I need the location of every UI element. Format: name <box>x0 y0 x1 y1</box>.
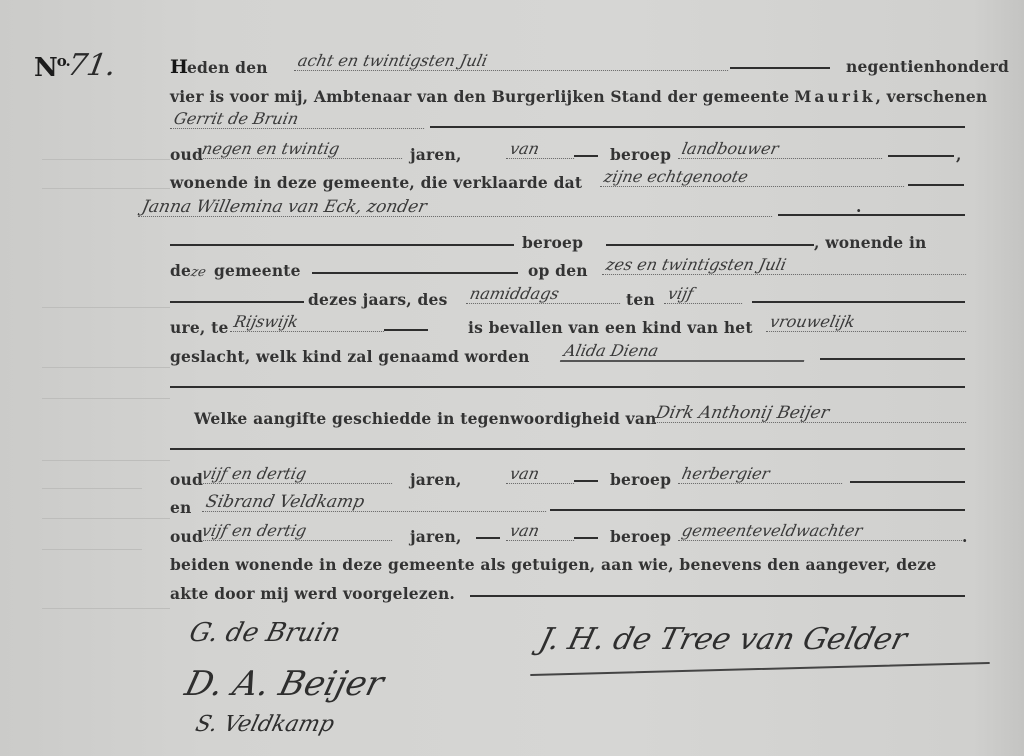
margin-ghost-line <box>42 159 170 160</box>
line-read-aloud: akte door mij werd voorgelezen. <box>170 579 965 609</box>
margin-ghost-line <box>42 608 170 609</box>
margin-ghost-line <box>42 398 170 399</box>
printed-text: beroep <box>610 465 671 495</box>
printed-text: vier is voor mij, Ambtenaar van den Burg… <box>170 87 789 106</box>
line-both-residing: beiden wonende in deze gemeente als getu… <box>170 550 965 580</box>
line-witness1: Welke aangifte geschiedde in tegenwoordi… <box>170 404 965 434</box>
section-rule <box>170 372 965 402</box>
printed-text: beroep <box>522 228 583 258</box>
printed-text: gemeente <box>214 256 301 286</box>
fill-rule <box>476 537 500 539</box>
printed-text: jaren, <box>410 522 462 552</box>
handwritten-occupation: landbouwer <box>678 140 886 159</box>
printed-text: ure, te <box>170 318 229 337</box>
handwritten-spouse: zijne echtgenoote <box>600 168 908 187</box>
fill-rule <box>820 358 965 360</box>
margin-ghost-line <box>42 188 170 189</box>
line-witness2-age: oud vijf en dertig jaren, van beroep gem… <box>170 522 965 552</box>
fill-rule <box>850 481 965 483</box>
margin-ghost-line <box>42 518 170 519</box>
municipality-name: Maurik <box>794 87 875 106</box>
fill-rule <box>752 301 965 303</box>
handwritten-witness2-name: Sibrand Veldkamp <box>202 493 550 512</box>
margin-ghost-line <box>42 488 142 489</box>
fill-rule <box>550 509 965 511</box>
fill-rule <box>908 184 964 186</box>
handwritten-age: negen en twintig <box>198 140 406 159</box>
printed-text: en <box>170 498 192 517</box>
handwritten-mother-name: Janna Willemina van Eck, zonder <box>138 198 776 217</box>
fill-rule <box>170 386 965 388</box>
fill-rule <box>574 480 598 482</box>
printed-text: , <box>956 140 962 170</box>
fill-rule <box>888 155 954 157</box>
printed-text: jaren, <box>410 140 462 170</box>
handwritten-birth-place: Rijswijk <box>230 313 388 332</box>
printed-text: op den <box>528 256 588 286</box>
line-birth-time: dezes jaars, des namiddags ten vijf <box>170 285 965 315</box>
signature-witness1: D. A. Beijer <box>181 664 388 704</box>
handwritten-van: van <box>506 522 578 541</box>
number-label-n: N <box>34 53 57 83</box>
fill-rule <box>470 595 965 597</box>
handwritten-father-name: Gerrit de Bruin <box>170 110 428 129</box>
printed-text: de <box>170 261 191 280</box>
line-child-name: geslacht, welk kind zal genaamd worden A… <box>170 342 965 372</box>
signature-father: G. de Bruin <box>186 618 343 648</box>
margin-ghost-line <box>42 307 170 308</box>
handwritten-age: vijf en dertig <box>198 465 396 484</box>
signature-flourish <box>530 662 990 676</box>
handwritten-sex: vrouwelijk <box>766 313 970 332</box>
fill-rule <box>430 126 965 128</box>
fill-rule <box>778 214 965 216</box>
handwritten-hour: vijf <box>664 285 746 304</box>
handwritten-birth-date: zes en twintigsten Juli <box>602 256 970 275</box>
fill-rule <box>574 155 598 157</box>
printed-text: geslacht, welk kind zal genaamd worden <box>170 347 530 366</box>
printed-text: , wonende in <box>814 228 927 258</box>
fill-rule <box>574 537 598 539</box>
printed-text: negentienhonderd <box>846 52 1009 82</box>
printed-text: jaren, <box>410 465 462 495</box>
margin-ghost-line <box>42 549 142 550</box>
margin-ghost-line <box>42 460 170 461</box>
printed-dot: . <box>856 192 862 222</box>
handwritten-date: acht en twintigsten Juli <box>294 52 732 71</box>
handwritten-occupation: gemeenteveldwachter <box>678 522 966 541</box>
fill-rule <box>170 301 304 303</box>
printed-text: . <box>962 522 968 552</box>
handwritten-correction: ze <box>189 264 207 282</box>
line-date: Heden den acht en twintigsten Juli negen… <box>170 52 965 82</box>
handwritten-occupation: herbergier <box>678 465 846 484</box>
birth-record-page: No. 71. Heden den acht en twintigsten Ju… <box>0 0 1024 756</box>
fill-rule <box>312 272 518 274</box>
handwritten-van: van <box>506 465 578 484</box>
printed-text: dezes jaars, des <box>308 285 448 315</box>
line-birth-place: ure, te Rijswijk is bevallen van een kin… <box>170 313 965 343</box>
printed-text: beroep <box>610 522 671 552</box>
line-registrar: vier is voor mij, Ambtenaar van den Burg… <box>170 82 965 112</box>
line-mother-occupation: beroep , wonende in <box>170 228 965 258</box>
handwritten-van: van <box>506 140 578 159</box>
handwritten-age: vijf en dertig <box>198 522 396 541</box>
printed-text: Welke aangifte geschiedde in tegenwoordi… <box>194 409 657 428</box>
margin-ghost-line <box>42 367 170 368</box>
line-father-name: Gerrit de Bruin <box>170 110 965 140</box>
handwritten-child-name: Alida Diena <box>560 342 808 362</box>
record-number-label: No. <box>34 52 70 83</box>
fill-rule <box>170 244 514 246</box>
record-number-value: 71. <box>65 48 119 83</box>
line-declared: wonende in deze gemeente, die verklaarde… <box>170 168 965 198</box>
printed-text: eden den <box>187 58 268 77</box>
line-witness2: en Sibrand Veldkamp <box>170 493 965 523</box>
fill-rule <box>606 244 814 246</box>
printed-text: , verschenen <box>875 87 987 106</box>
fill-rule <box>170 448 965 450</box>
signature-registrar: J. H. de Tree van Gelder <box>536 622 911 657</box>
handwritten-witness1-name: Dirk Anthonij Beijer <box>652 404 970 423</box>
fill-rule <box>730 67 830 69</box>
printed-text: beroep <box>610 140 671 170</box>
printed-text: beiden wonende in deze gemeente als getu… <box>170 555 936 574</box>
line-birth-date: deze gemeente op den zes en twintigsten … <box>170 256 965 286</box>
printed-text: wonende in deze gemeente, die verklaarde… <box>170 173 582 192</box>
printed-text: is bevallen van een kind van het <box>468 313 753 343</box>
fill-rule <box>384 329 428 331</box>
signature-witness2: S. Veldkamp <box>193 712 337 737</box>
printed-text: ten <box>626 285 655 315</box>
line-father-age: oud negen en twintig jaren, van beroep l… <box>170 140 965 170</box>
printed-text: akte door mij werd voorgelezen. <box>170 584 455 603</box>
section-rule <box>170 434 965 464</box>
line-mother-name: Janna Willemina van Eck, zonder . <box>170 198 965 228</box>
dropcap: H <box>170 56 187 78</box>
handwritten-time-of-day: namiddags <box>466 285 624 304</box>
line-witness1-age: oud vijf en dertig jaren, van beroep her… <box>170 465 965 495</box>
